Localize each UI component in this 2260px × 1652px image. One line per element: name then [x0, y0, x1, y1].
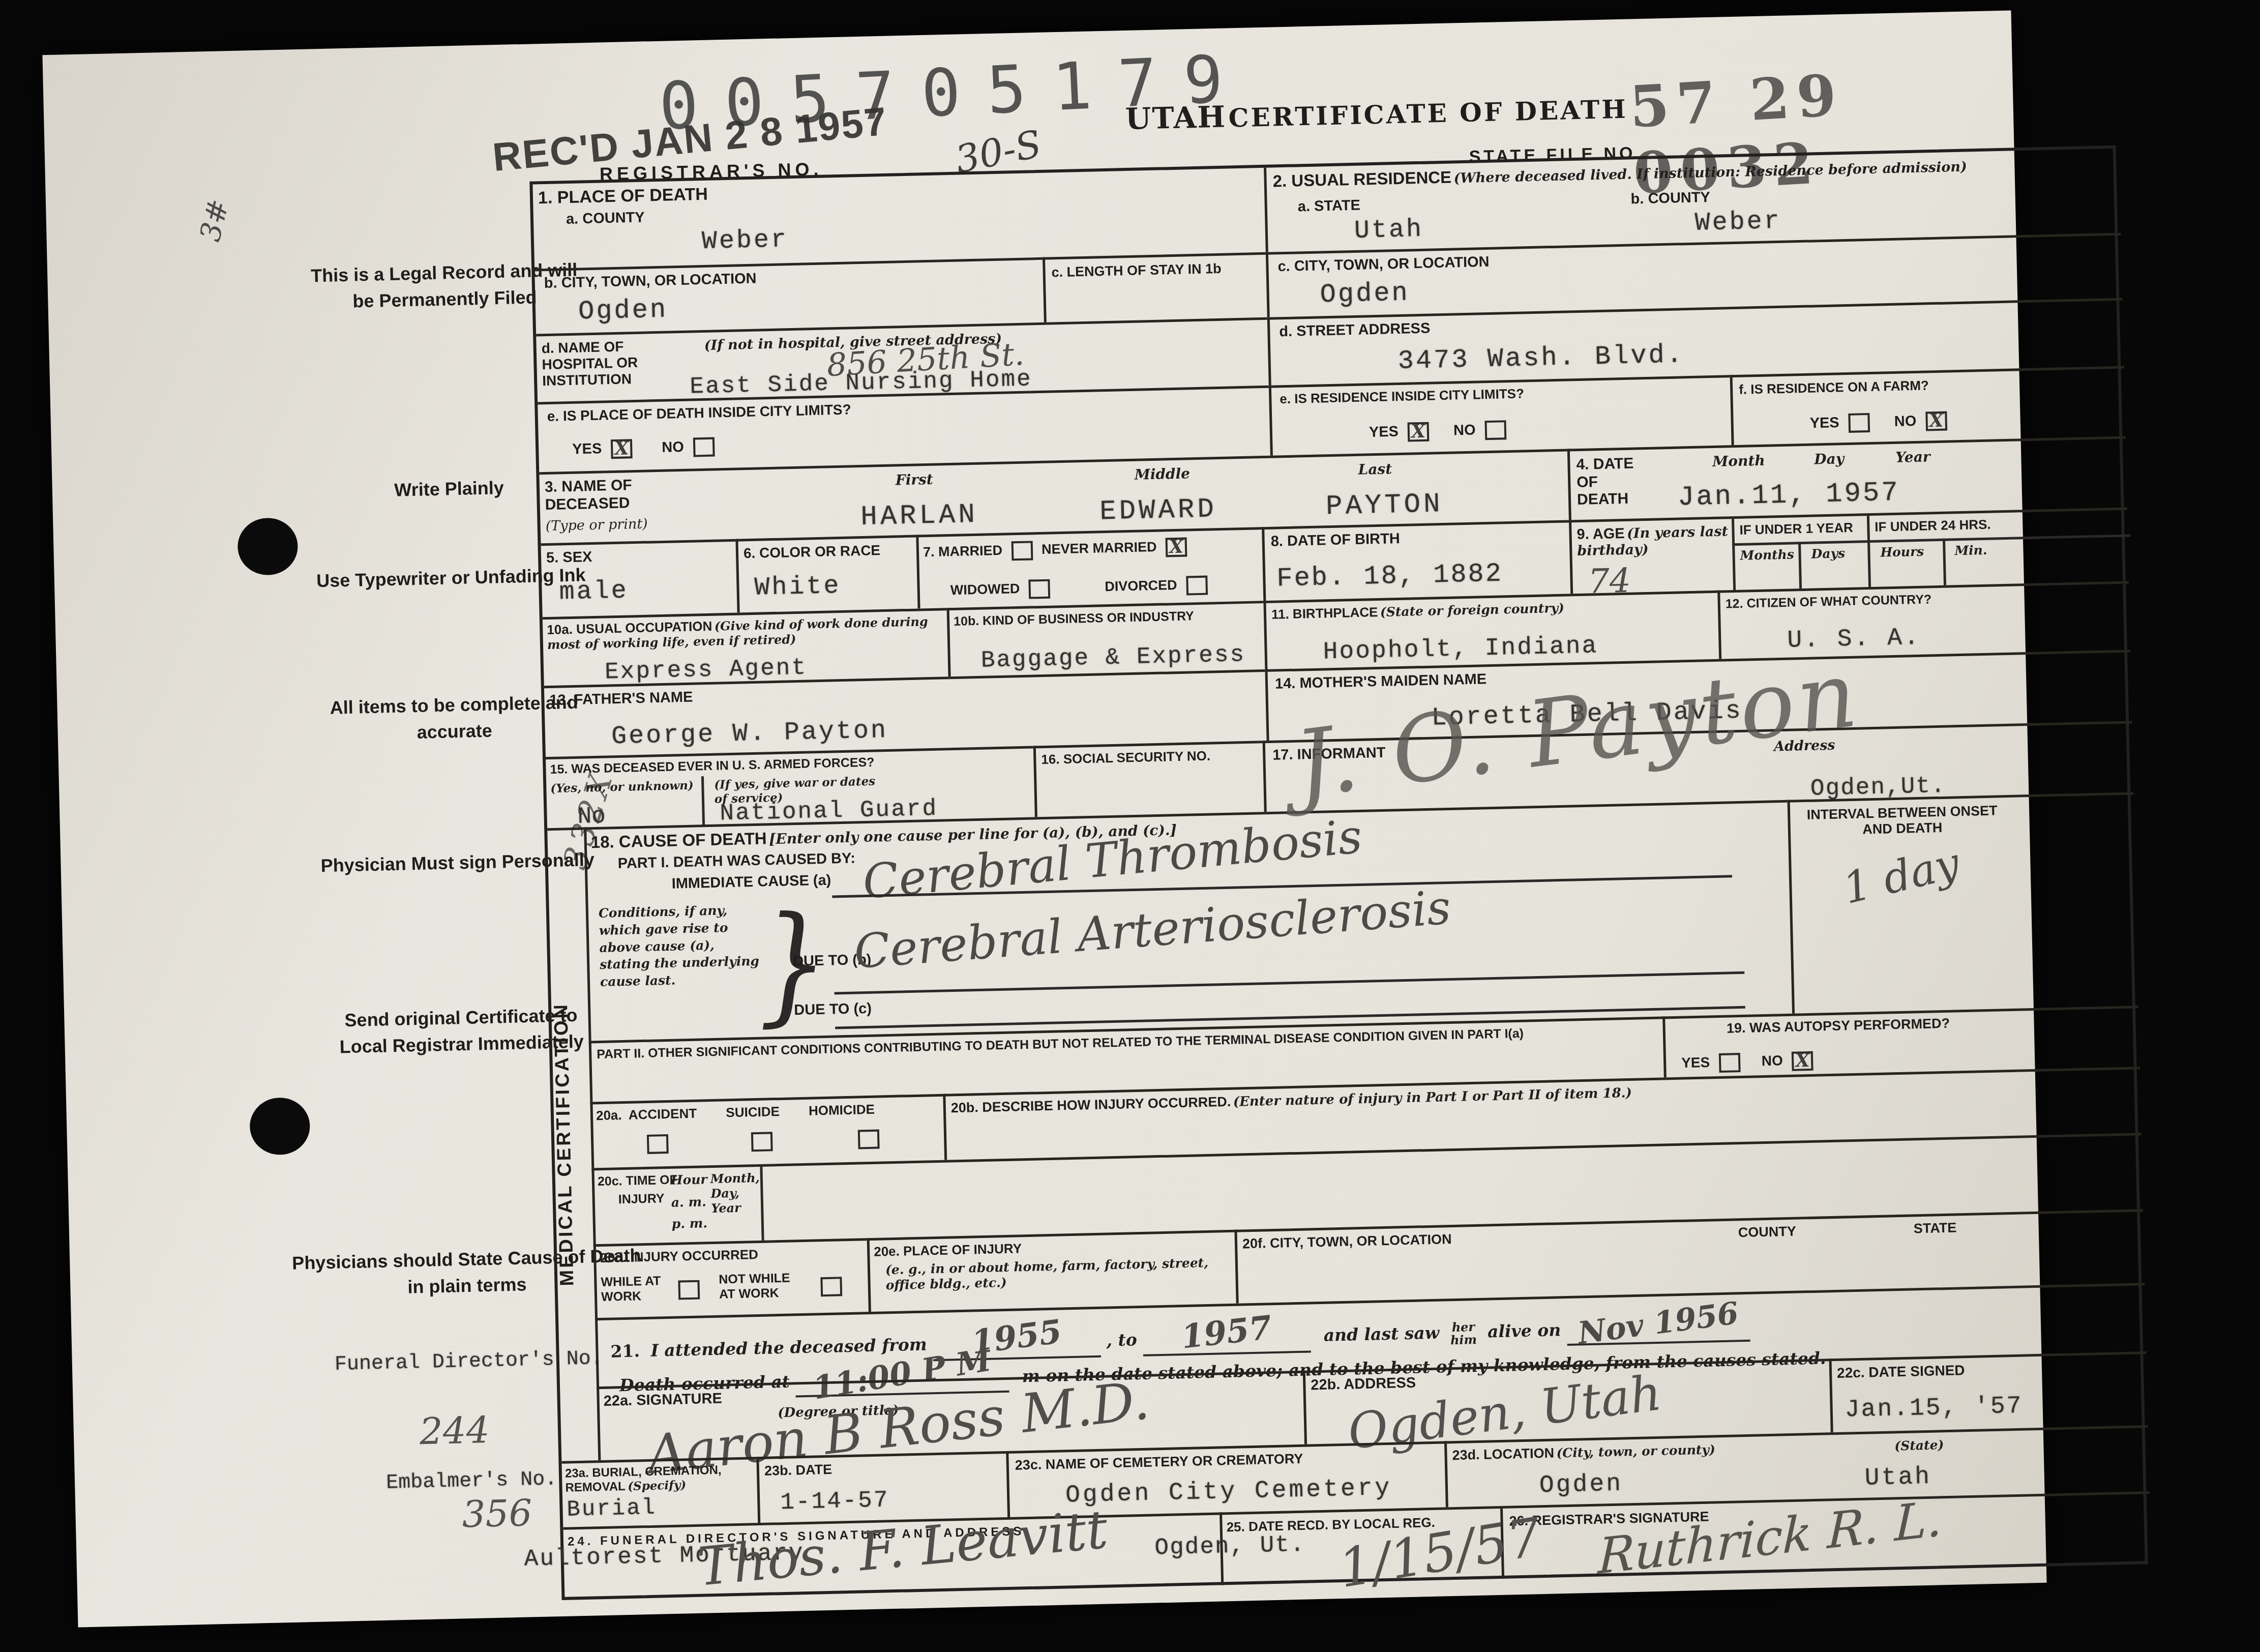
embalmers-no-value: 356 [462, 1491, 532, 1536]
certificate-form: 1. PLACE OF DEATH a. COUNTY Weber 2. USU… [529, 145, 2148, 1600]
box9-days-label: Days [1811, 546, 1845, 562]
title-utah: UTAH [1125, 100, 1227, 136]
box23b-label: 23b. DATE [764, 1462, 832, 1479]
box2f-no-label: NO [1894, 413, 1916, 430]
box10b-label: 10b. KIND OF BUSINESS OR INDUSTRY [954, 609, 1194, 629]
box7-married-checkbox [1011, 541, 1033, 560]
box8-value: Feb. 18, 1882 [1276, 558, 1503, 594]
box1b-label: b. CITY, TOWN, OR LOCATION [544, 271, 756, 292]
box23d-state-value: Utah [1864, 1463, 1931, 1492]
box-20a-accident-suicide-homicide: 20a. ACCIDENT SUICIDE HOMICIDE [590, 1094, 944, 1168]
box20a-suicide-label: SUICIDE [726, 1104, 780, 1120]
box20c-am-label: a. m. [671, 1194, 706, 1211]
box-10b-industry: 10b. KIND OF BUSINESS OR INDUSTRY Baggag… [947, 601, 1265, 676]
box21-last-saw-label: and last saw [1323, 1323, 1439, 1345]
box-1b-city: b. CITY, TOWN, OR LOCATION Ogden [534, 257, 1044, 334]
box2e-label: e. IS RESIDENCE INSIDE CITY LIMITS? [1280, 386, 1524, 407]
box20b-note: (Enter nature of injury in Part I or Par… [1233, 1085, 1632, 1110]
box1e-no-checkbox [693, 437, 715, 457]
box6-label: 6. COLOR OR RACE [744, 542, 881, 562]
box5-label: 5. SEX [546, 549, 592, 567]
box7-widowed-label: WIDOWED [950, 581, 1020, 598]
box23d-city-value: Ogden [1539, 1470, 1623, 1500]
box7-never-married-checkbox: X [1166, 538, 1187, 557]
box11-note: (State or foreign country) [1380, 601, 1565, 619]
hole-punch-bottom [249, 1097, 311, 1156]
box13-label: 13. FATHER'S NAME [549, 689, 693, 710]
box1e-label: e. IS PLACE OF DEATH INSIDE CITY LIMITS? [547, 401, 851, 425]
box-18-cause-of-death: 18. CAUSE OF DEATH [Enter only one cause… [584, 800, 1792, 1041]
box1-county-value: Weber [701, 225, 788, 256]
box2f-yes-label: YES [1809, 415, 1839, 431]
box19-label: 19. WAS AUTOPSY PERFORMED? [1711, 1015, 1966, 1037]
box2-state-value: Utah [1354, 215, 1423, 246]
box1-county-label: a. COUNTY [566, 210, 645, 228]
box-8-date-of-birth: 8. DATE OF BIRTH Feb. 18, 1882 [1262, 520, 1570, 601]
box3-first-label: First [895, 471, 933, 489]
box5-value: male [559, 576, 629, 607]
box7-never-married-label: NEVER MARRIED [1042, 539, 1157, 557]
box-23a-burial: 23a. BURIAL, CREMATION, REMOVAL (Specify… [561, 1457, 758, 1527]
box2-title: 2. USUAL RESIDENCE [1272, 168, 1451, 191]
box2e-yes-checkbox: X [1408, 422, 1430, 442]
box23c-value: Ogden City Cemetery [1065, 1474, 1392, 1510]
box18-due-c-label: DUE TO (c) [794, 1000, 872, 1019]
box1c-label: c. LENGTH OF STAY IN 1b [1051, 260, 1260, 280]
box3-middle-label: Middle [1134, 465, 1190, 483]
box8-label: 8. DATE OF BIRTH [1270, 530, 1400, 550]
box-22b-address: 22b. ADDRESS Ogden, Utah [1303, 1359, 1831, 1444]
certificate-paper: 3# 332X 005705179 REC'D JAN 2 8 1957 REG… [42, 10, 2046, 1627]
box-5-sex: 5. SEX male [541, 539, 737, 617]
box7-number: 7. [923, 544, 935, 560]
box2e-no-label: NO [1453, 422, 1476, 438]
box13-value: George W. Payton [611, 716, 888, 751]
box7-divorced-label: DIVORCED [1105, 577, 1177, 594]
box3-title: 3. NAME OF DECEASED [545, 476, 677, 514]
box-12-citizen: 12. CITIZEN OF WHAT COUNTRY? U. S. A. [1717, 581, 2130, 659]
box18-interval-value: 1 day [1838, 838, 1965, 913]
box4-year-label: Year [1895, 448, 1930, 466]
box4-value: Jan.11, 1957 [1677, 478, 1900, 514]
box19-yes-label: YES [1681, 1054, 1710, 1071]
box3-last-label: Last [1358, 460, 1392, 478]
box16-label: 16. SOCIAL SECURITY NO. [1041, 748, 1255, 768]
box23d-state-note: (State) [1894, 1437, 1944, 1454]
scanned-death-certificate: 3# 332X 005705179 REC'D JAN 2 8 1957 REG… [0, 0, 2260, 1652]
box7-widowed-checkbox [1028, 579, 1050, 599]
box21-alive-on-label: alive on [1488, 1320, 1561, 1341]
funeral-directors-no-value: 244 [419, 1408, 490, 1453]
box20c-label2: INJURY [618, 1191, 664, 1207]
box3-last-value: PAYTON [1326, 489, 1444, 522]
box9-label: 9. AGE [1577, 525, 1625, 543]
box4-month-label: Month [1712, 452, 1765, 470]
box2c-label: c. CITY, TOWN, OR LOCATION [1277, 254, 1490, 276]
box9-months-label: Months [1740, 547, 1794, 563]
box2-state-label: a. STATE [1297, 197, 1360, 216]
box23a-value: Burial [567, 1495, 657, 1523]
margin-pencil-note: 3# [194, 196, 236, 245]
box20d-while-label: WHILE AT WORK [601, 1274, 667, 1304]
box2c-value: Ogden [1320, 278, 1410, 310]
box23c-label: 23c. NAME OF CEMETERY OR CREMATORY [1015, 1451, 1303, 1473]
box23a-note: (Specify) [628, 1478, 687, 1493]
box-9-age: 9. AGE (In years last birthday) 74 IF UN… [1569, 508, 2129, 594]
box20e-note: (e. g., in or about home, farm, factory,… [885, 1255, 1222, 1293]
box15-label: 15. WAS DECEASED EVER IN U. S. ARMED FOR… [550, 755, 875, 777]
box7-divorced-checkbox [1186, 576, 1208, 596]
box1e-no-label: NO [662, 439, 684, 456]
box3-note: (Type or print) [545, 516, 648, 535]
box22c-value: Jan.15, '57 [1845, 1393, 2023, 1424]
box18-part1-label: PART I. DEATH WAS CAUSED BY: [617, 850, 855, 872]
box19-no-label: NO [1761, 1053, 1783, 1069]
box20b-label: 20b. DESCRIBE HOW INJURY OCCURRED. [951, 1094, 1231, 1115]
box3-middle-value: EDWARD [1099, 494, 1217, 527]
box2e-no-checkbox [1484, 420, 1506, 440]
box20a-number: 20a. [596, 1107, 622, 1123]
box12-label: 12. CITIZEN OF WHAT COUNTRY? [1725, 592, 1931, 611]
box20c-hour-label: Hour [671, 1172, 707, 1188]
box20a-homicide-checkbox [858, 1130, 880, 1149]
box9-min-label: Min. [1954, 543, 1987, 558]
box1e-yes-label: YES [572, 440, 602, 457]
box20f-state-label: STATE [1913, 1220, 1956, 1237]
box19-yes-checkbox [1719, 1053, 1741, 1073]
box20d-label: 20d. INJURY OCCURRED [600, 1247, 758, 1266]
box20d-while-checkbox [678, 1280, 700, 1300]
box2f-yes-checkbox [1848, 413, 1870, 433]
box2-title-note: (Where deceased lived. If institution: R… [1453, 159, 1967, 187]
box20c-pm-label: p. m. [672, 1216, 708, 1232]
box20e-label: 20e. PLACE OF INJURY [874, 1241, 1022, 1259]
box-19-autopsy: 19. WAS AUTOPSY PERFORMED? YES NO X [1662, 1006, 2139, 1077]
box20d-not-while-label: NOT WHILE AT WORK [719, 1271, 806, 1302]
funeral-home-typed-city: Ogden, Ut. [1154, 1531, 1305, 1561]
box2f-no-checkbox: X [1925, 411, 1947, 431]
box-6-color-or-race: 6. COLOR OR RACE White [735, 535, 917, 613]
box2d-value: 3473 Wash. Blvd. [1397, 340, 1684, 376]
box20a-accident-checkbox [647, 1134, 669, 1154]
box9-under24-label: IF UNDER 24 HRS. [1875, 517, 1991, 535]
box15-value1: No [577, 803, 606, 830]
box23b-value: 1-14-57 [780, 1487, 889, 1516]
box21-number: 21. [610, 1341, 640, 1361]
box-16-social-security: 16. SOCIAL SECURITY NO. [1033, 741, 1264, 817]
box6-value: White [754, 572, 841, 603]
box20a-homicide-label: HOMICIDE [809, 1102, 875, 1118]
box11-label: 11. BIRTHPLACE [1271, 604, 1378, 622]
box20c-mdy-label: Month, Day, Year [710, 1171, 760, 1216]
box-15-armed-forces: 15. WAS DECEASED EVER IN U. S. ARMED FOR… [546, 746, 1035, 828]
box-2e-city-limits: e. IS RESIDENCE INSIDE CITY LIMITS? YES … [1269, 375, 1732, 456]
box-1c-length-of-stay: c. LENGTH OF STAY IN 1b [1043, 252, 1267, 322]
box23d-label: 23d. LOCATION [1452, 1445, 1554, 1463]
box4-day-label: Day [1814, 450, 1844, 468]
box20f-county-label: COUNTY [1738, 1224, 1796, 1241]
box20a-accident-label: ACCIDENT [628, 1106, 697, 1123]
box22b-label: 22b. ADDRESS [1311, 1375, 1416, 1394]
box18-conditions-note: Conditions, if any, which gave rise to a… [599, 901, 763, 991]
box20d-not-while-checkbox [820, 1277, 842, 1296]
box2-county-value: Weber [1694, 207, 1781, 238]
box20a-suicide-checkbox [751, 1132, 773, 1152]
box1-title: 1. PLACE OF DEATH [538, 185, 708, 209]
hole-punch-top [237, 517, 299, 576]
box9-hours-label: Hours [1880, 544, 1924, 560]
box10b-value: Baggage & Express [980, 641, 1245, 674]
box9-under1-label: IF UNDER 1 YEAR [1739, 520, 1853, 538]
box2f-label: f. IS RESIDENCE ON A FARM? [1739, 378, 1929, 397]
box1d-label: d. NAME OF HOSPITAL OR INSTITUTION [541, 337, 695, 389]
box-2f-farm: f. IS RESIDENCE ON A FARM? YES NO X [1730, 366, 2126, 446]
box22a-label: 22a. SIGNATURE [603, 1391, 722, 1410]
box22c-label: 22c. DATE SIGNED [1837, 1362, 1965, 1381]
box1b-value: Ogden [578, 295, 668, 327]
box-22c-date-signed: 22c. DATE SIGNED Jan.15, '57 [1829, 1351, 2148, 1432]
box20c-label1: 20c. TIME OF [598, 1173, 678, 1189]
box15-note1: (Yes, no, or unknown) [550, 778, 698, 795]
box-20c-time-of-injury: 20c. TIME OF INJURY Hour a. m. p. m. Mon… [594, 1167, 764, 1244]
box2d-label: d. STREET ADDRESS [1279, 320, 1431, 341]
box14-label: 14. MOTHER'S MAIDEN NAME [1275, 671, 1487, 693]
box19-no-checkbox: X [1792, 1051, 1813, 1071]
box-18-interval: INTERVAL BETWEEN ONSET AND DEATH 1 day [1788, 792, 2138, 1013]
box1e-yes-checkbox: X [611, 439, 633, 459]
box21-to-label: , to [1106, 1330, 1137, 1350]
box2e-yes-label: YES [1369, 424, 1399, 440]
box-4-date-of-death: 4. DATE OF DEATH Month Day Year Jan.11, … [1567, 436, 2127, 520]
box-11-birthplace: 11. BIRTHPLACE (State or foreign country… [1263, 591, 1719, 669]
box20f-label: 20f. CITY, TOWN, OR LOCATION [1242, 1231, 1452, 1252]
box-20d-injury-occurred: 20d. INJURY OCCURRED WHILE AT WORK NOT W… [593, 1238, 869, 1318]
box18-interval-label: INTERVAL BETWEEN ONSET AND DEATH [1800, 803, 2004, 839]
box-7-marital-status: 7. MARRIED NEVER MARRIED X WIDOWED DIVOR… [916, 527, 1263, 608]
box-20e-place-of-injury: 20e. PLACE OF INJURY (e. g., in or about… [867, 1230, 1236, 1312]
box11-value: Hoopholt, Indiana [1323, 632, 1598, 666]
box18-title: 18. CAUSE OF DEATH [590, 829, 767, 851]
box7-married-label: MARRIED [938, 543, 1003, 559]
box2-county-label: b. COUNTY [1630, 189, 1710, 208]
title-certificate-of-death: CERTIFICATE OF DEATH [1228, 94, 1628, 133]
box3-first-value: HARLAN [860, 499, 978, 533]
box-10a-occupation: 10a. USUAL OCCUPATION (Give kind of work… [543, 608, 948, 686]
box-1-place-of-death: 1. PLACE OF DEATH a. COUNTY Weber [532, 168, 1265, 269]
box23d-note: (City, town, or county) [1556, 1442, 1715, 1460]
box4-title: 4. DATE OF DEATH [1576, 455, 1653, 509]
